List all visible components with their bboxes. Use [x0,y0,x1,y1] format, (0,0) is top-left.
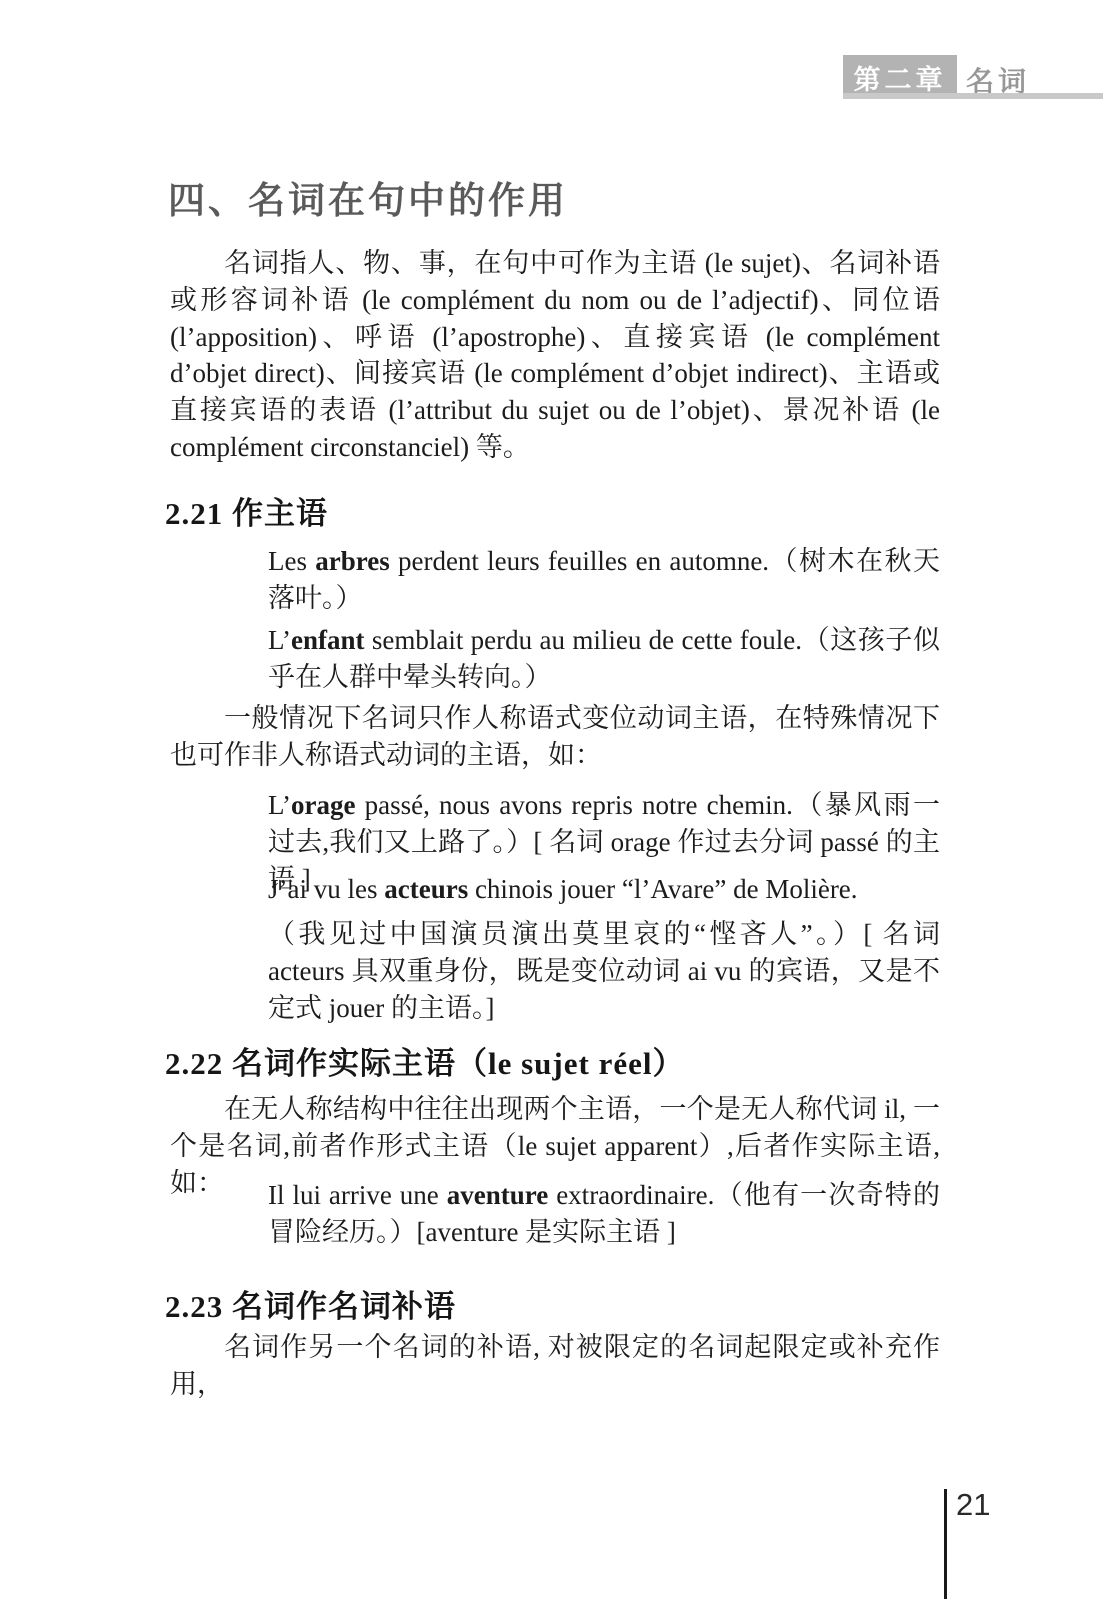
section-heading-2-23: 2.23 名词作名词补语 [165,1281,456,1326]
page-number: 21 [956,1487,990,1523]
paragraph-noun-complement: 名词作另一个名词的补语, 对被限定的名词起限定或补充作用， [170,1329,940,1403]
header-rule [843,93,1103,99]
paragraph-impersonal-subject: 一般情况下名词只作人称语式变位动词主语，在特殊情况下也可作非人称语式动词的主语，… [170,700,940,774]
example-aventure: Il lui arrive une aventure extraordinair… [268,1177,940,1251]
book-page: 第二章 名词 四、名词在句中的作用 名词指人、物、事，在句中可作为主语 (le … [0,0,1103,1599]
example-acteurs-french: J’ai vu les acteurs chinois jouer “l’Ava… [268,871,940,908]
page-number-rule [944,1489,947,1599]
example-enfant: L’enfant semblait perdu au milieu de cet… [268,622,940,696]
example-arbres: Les arbres perdent leurs feuilles en aut… [268,543,940,617]
intro-paragraph: 名词指人、物、事，在句中可作为主语 (le sujet)、名词补语或形容词补语 … [170,245,940,466]
section-heading-2-21: 2.21 作主语 [165,488,328,533]
example-acteurs-note: （我见过中国演员演出莫里哀的“悭吝人”。）[ 名词 acteurs 具双重身份，… [268,916,940,1026]
section-heading-2-22: 2.22 名词作实际主语（le sujet réel） [165,1038,684,1083]
page-title: 四、名词在句中的作用 [168,170,568,224]
